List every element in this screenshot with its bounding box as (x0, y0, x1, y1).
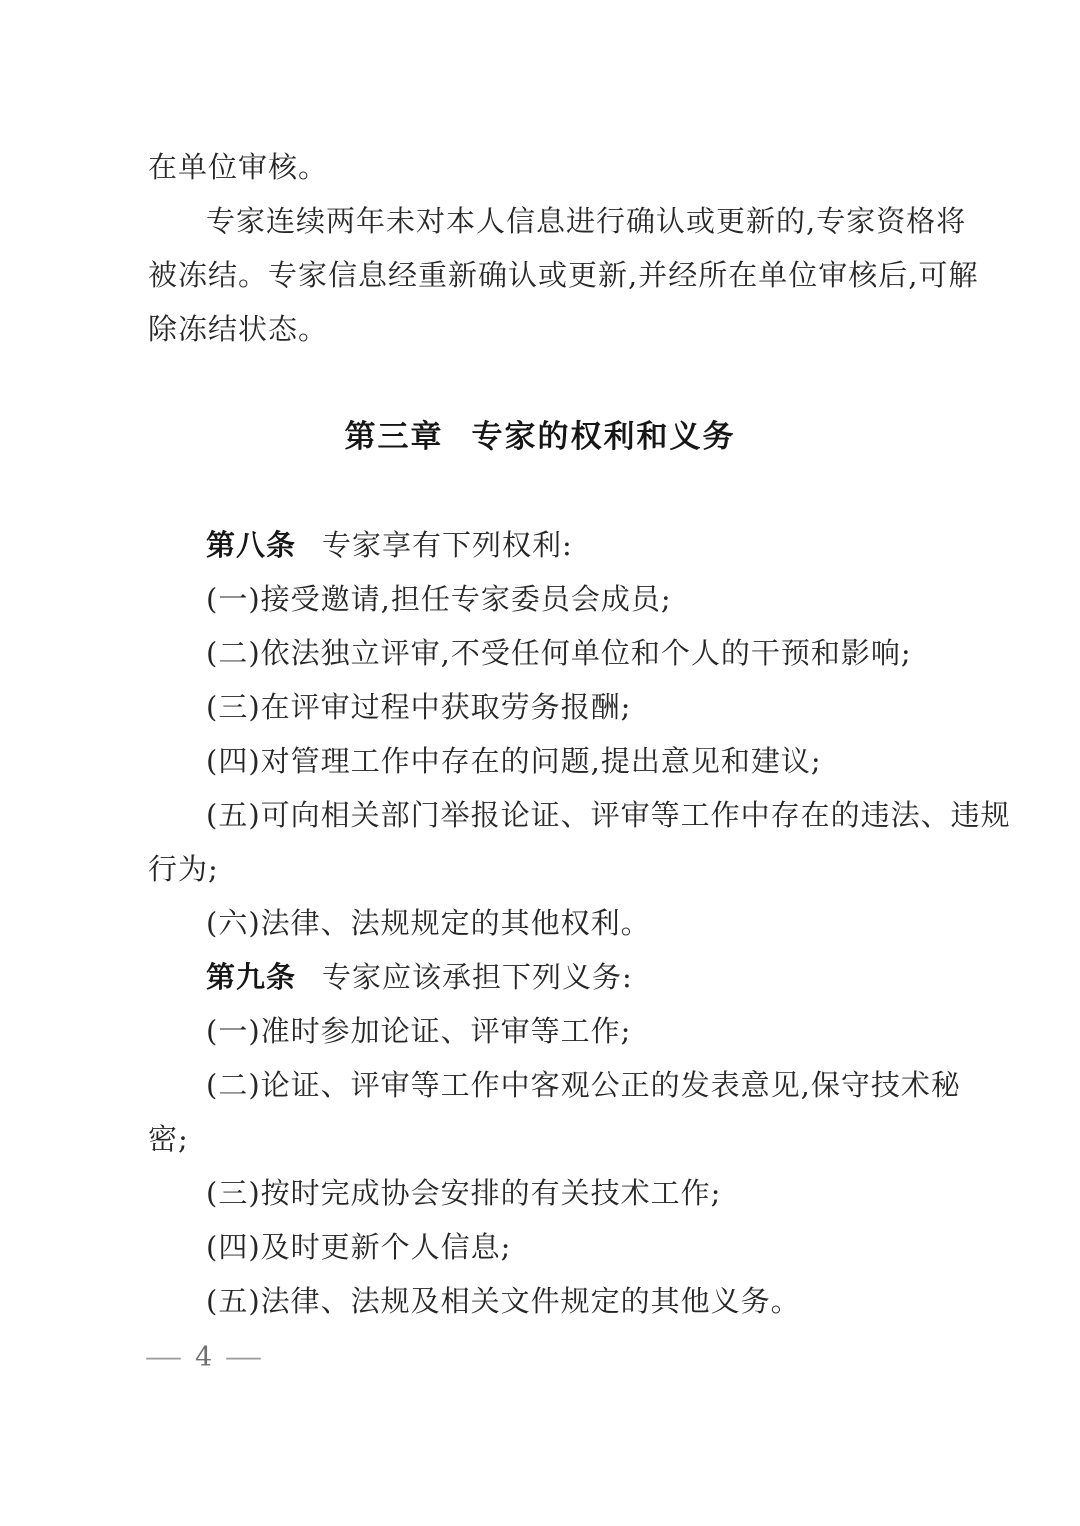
article-heading: 第九条专家应该承担下列义务: (148, 950, 968, 1004)
footer-left-dash: — (145, 1338, 183, 1378)
document-body: 在单位审核。 专家连续两年未对本人信息进行确认或更新的,专家资格将 被冻结。专家… (148, 140, 968, 1328)
list-item-continuation: 密; (148, 1112, 968, 1166)
list-item-line: (三)在评审过程中获取劳务报酬; (148, 680, 968, 734)
paragraph-line: 在单位审核。 (148, 140, 968, 194)
list-item-line: (一)接受邀请,担任专家委员会成员; (148, 572, 968, 626)
article-number: 第八条 (206, 528, 296, 562)
list-item-line: (四)及时更新个人信息; (148, 1220, 968, 1274)
list-item-continuation: 行为; (148, 842, 968, 896)
article-intro: 专家享有下列权利: (322, 528, 573, 562)
list-item-line: (二)论证、评审等工作中客观公正的发表意见,保守技术秘 (148, 1058, 968, 1112)
article-number: 第九条 (206, 960, 296, 994)
page-number: 4 (195, 1342, 212, 1373)
page-number-footer: —4— (150, 1338, 257, 1378)
paragraph-line: 专家连续两年未对本人信息进行确认或更新的,专家资格将 (148, 194, 968, 248)
list-item-line: (四)对管理工作中存在的问题,提出意见和建议; (148, 734, 968, 788)
list-item-line: (二)依法独立评审,不受任何单位和个人的干预和影响; (148, 626, 968, 680)
paragraph-line: 除冻结状态。 (148, 302, 968, 356)
article-intro: 专家应该承担下列义务: (322, 960, 633, 994)
article-heading: 第八条专家享有下列权利: (148, 518, 968, 572)
chapter-number: 第三章 (345, 419, 444, 455)
chapter-title: 专家的权利和义务 (472, 419, 736, 455)
list-item-line: (一)准时参加论证、评审等工作; (148, 1004, 968, 1058)
paragraph-line: 被冻结。专家信息经重新确认或更新,并经所在单位审核后,可解 (148, 248, 968, 302)
list-item-line: (三)按时完成协会安排的有关技术工作; (148, 1166, 968, 1220)
list-item-line: (五)法律、法规及相关文件规定的其他义务。 (148, 1274, 968, 1328)
chapter-heading: 第三章专家的权利和义务 (148, 410, 932, 464)
footer-right-dash: — (225, 1338, 263, 1378)
document-page: 在单位审核。 专家连续两年未对本人信息进行确认或更新的,专家资格将 被冻结。专家… (0, 0, 1080, 1526)
list-item-line: (五)可向相关部门举报论证、评审等工作中存在的违法、违规 (148, 788, 968, 842)
list-item-line: (六)法律、法规规定的其他权利。 (148, 896, 968, 950)
